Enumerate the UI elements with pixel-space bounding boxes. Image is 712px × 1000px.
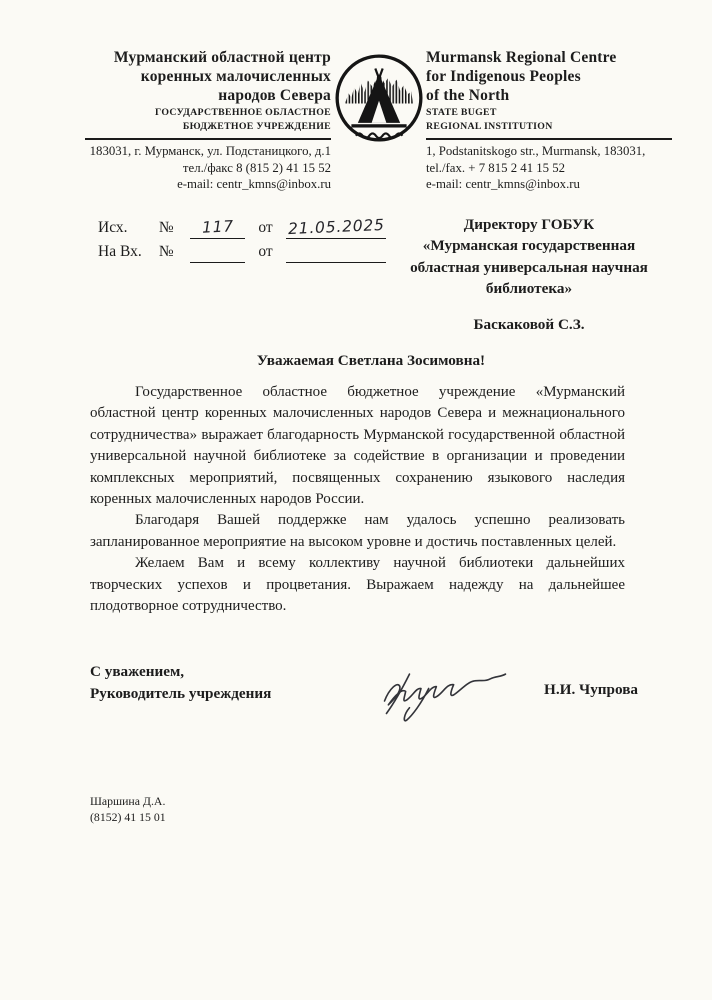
org-address-en: 1, Podstanitskogo str., Murmansk, 183031… [426,143,672,160]
letterhead-rule-left [85,138,331,140]
executor-block: Шаршина Д.А. (8152) 41 15 01 [90,793,712,825]
scanned-letter-page: Мурманский областной центр коренных мало… [0,0,712,1000]
addressee-line: Директору ГОБУК [386,214,672,236]
incoming-label: На Вх. [98,240,159,263]
letterhead: Мурманский областной центр коренных мало… [85,48,672,193]
body-paragraph: Желаем Вам и всему коллективу научной би… [90,553,625,617]
body-paragraph: Благодаря Вашей поддержке нам удалось ус… [90,510,625,553]
addressee-person: Баскаковой С.З. [386,314,672,336]
from-label: от [258,216,278,239]
reference-and-addressee: Исх. № 117 от 21.05.2025 На Вх. № от Дир… [98,213,672,336]
letterhead-english-block: Murmansk Regional Centre for Indigenous … [426,48,672,193]
addressee-line: «Мурманская государственная [386,235,672,257]
closing-block: С уважением, Руководитель учреждения [90,653,360,705]
addressee-line: областная универсальная научная [386,257,672,279]
incoming-reference-row: На Вх. № от [98,239,386,263]
salutation: Уважаемая Светлана Зосимовна! [90,352,652,370]
letterhead-russian-block: Мурманский областной центр коренных мало… [85,48,331,193]
outgoing-date-handwritten: 21.05.2025 [287,213,385,240]
chum-tent-mountains-waves-emblem-icon [333,50,425,146]
outgoing-number-handwritten: 117 [201,215,234,239]
executor-name: Шаршина Д.А. [90,793,712,809]
number-sign: № [159,216,183,239]
outgoing-number-field: 117 [190,215,245,239]
executor-phone: (8152) 41 15 01 [90,809,712,825]
signature-block: С уважением, Руководитель учреждения Н.И… [90,653,638,725]
signer-title: Руководитель учреждения [90,683,360,705]
letterhead-rule-right [426,138,672,140]
incoming-number-field [190,239,245,263]
handwritten-signature [370,653,520,725]
signer-name: Н.И. Чупрова [544,653,638,699]
org-name-en: Murmansk Regional Centre [426,48,672,67]
org-address-ru: 183031, г. Мурманск, ул. Подстаницкого, … [85,143,331,160]
org-phone-ru: тел./факс 8 (815 2) 41 15 52 [85,160,331,177]
outgoing-reference-row: Исх. № 117 от 21.05.2025 [98,215,386,239]
outgoing-date-field: 21.05.2025 [286,215,386,239]
incoming-date-field [286,239,386,263]
addressee-block: Директору ГОБУК «Мурманская государствен… [386,213,672,336]
org-name-ru: Мурманский областной центр [85,48,331,67]
org-email-ru: e-mail: centr_kmns@inbox.ru [85,176,331,193]
org-email-en: e-mail: centr_kmns@inbox.ru [426,176,672,193]
outgoing-label: Исх. [98,216,159,239]
org-type-ru: ГОСУДАРСТВЕННОЕ ОБЛАСТНОЕ [85,106,331,119]
org-logo [331,48,426,193]
org-type-en: STATE BUGET [426,106,672,119]
addressee-line: библиотека» [386,278,672,300]
reference-block: Исх. № 117 от 21.05.2025 На Вх. № от [98,213,386,336]
body-paragraph: Государственное областное бюджетное учре… [90,382,625,510]
letter-body: Государственное областное бюджетное учре… [90,382,625,617]
closing-phrase: С уважением, [90,661,360,683]
org-phone-en: tel./fax. + 7 815 2 41 15 52 [426,160,672,177]
